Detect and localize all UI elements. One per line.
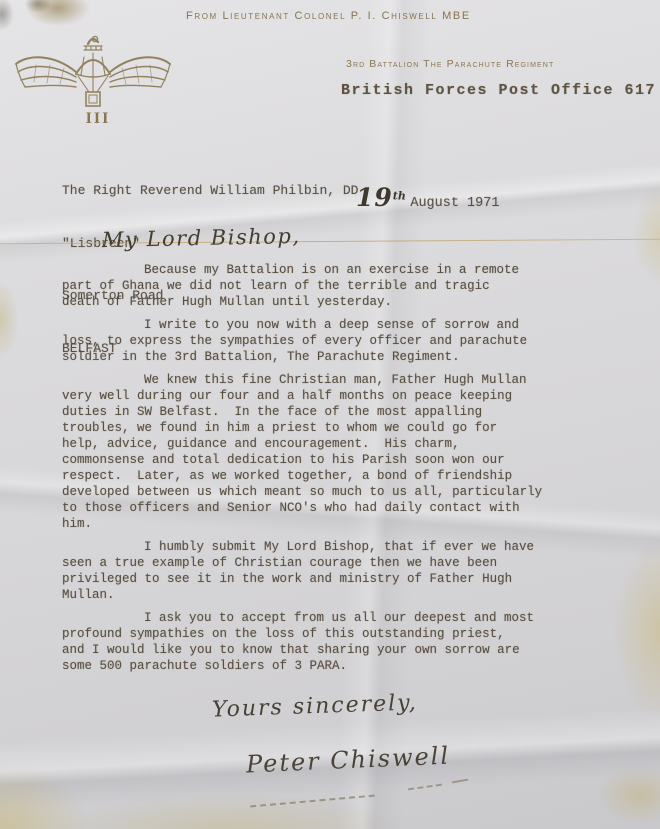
date-day-handwritten: 19 [356, 183, 393, 212]
date-line: 19th August 1971 [356, 183, 499, 212]
paragraph: Because my Battalion is on an exercise i… [62, 262, 622, 310]
letterhead-from-line: From Lieutenant Colonel P. I. Chiswell M… [186, 10, 471, 22]
paragraph: I humbly submit My Lord Bishop, that if … [62, 539, 622, 603]
paragraph: I write to you now with a deep sense of … [62, 317, 622, 365]
paragraph: I ask you to accept from us all our deep… [62, 610, 622, 674]
signature-underline-dash [408, 784, 442, 791]
letter-body: Because my Battalion is on an exercise i… [62, 262, 622, 681]
recipient-line: The Right Reverend William Philbin, DD [62, 182, 358, 200]
signature-handwritten: Peter Chiswell [245, 742, 450, 779]
salutation-handwritten: My Lord Bishop, [102, 224, 301, 252]
date-month-year: August 1971 [410, 196, 499, 211]
letterhead-unit-line: 3rd Battalion The Parachute Regiment [346, 58, 554, 70]
signature-underline [250, 795, 375, 808]
letter-photo: From Lieutenant Colonel P. I. Chiswell M… [0, 0, 660, 829]
date-day-suffix: th [393, 190, 406, 203]
valediction-handwritten: Yours sincerely, [212, 690, 418, 722]
paragraph: We knew this fine Christian man, Father … [62, 372, 622, 532]
parachute-regiment-badge-icon [12, 34, 172, 117]
letterhead-bfpo-line: British Forces Post Office 617 [341, 82, 656, 99]
signature-underline-dash [452, 779, 468, 784]
badge-numeral: III [76, 110, 120, 128]
